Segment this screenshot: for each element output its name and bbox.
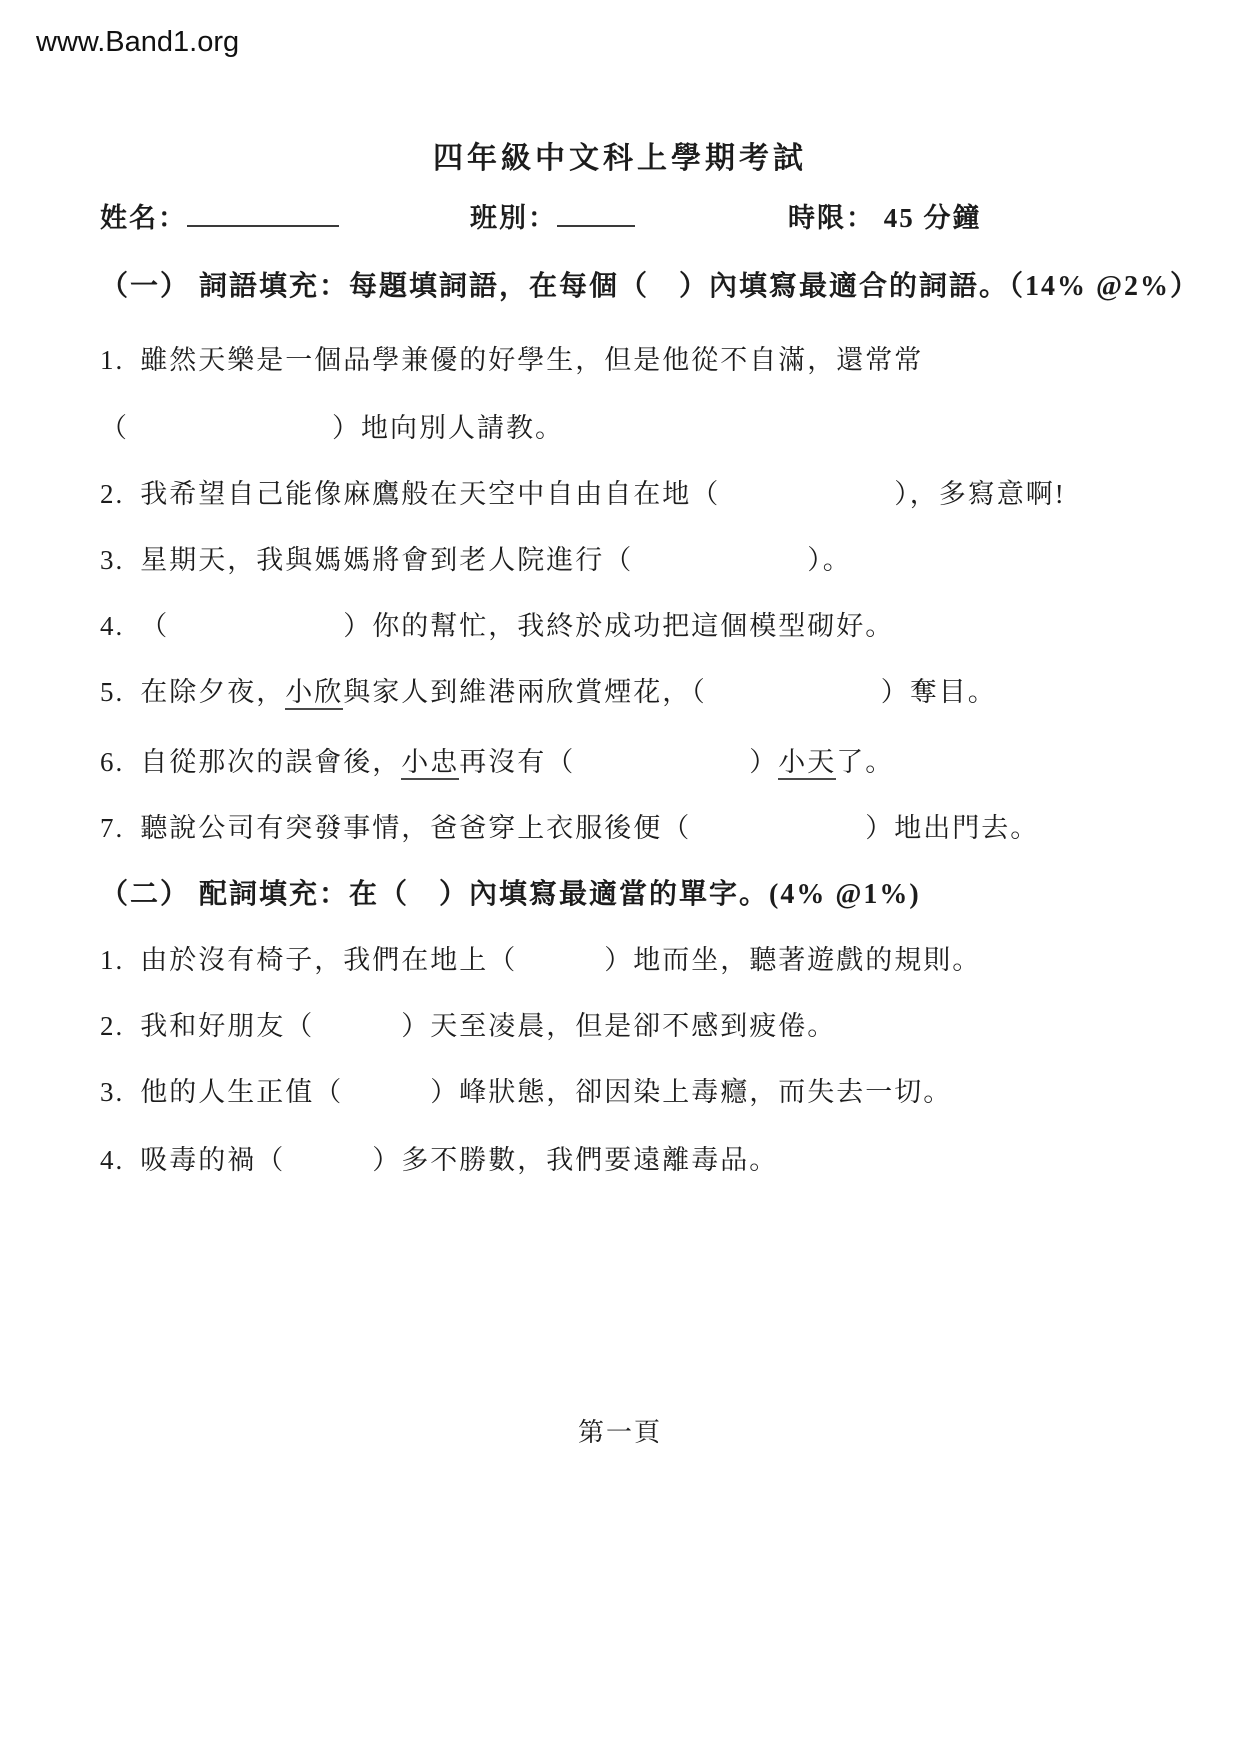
site-watermark: www.Band1.org — [36, 26, 239, 59]
s1-question-2: 2.我希望自己能像麻鷹般在天空中自由自在地（ ），多寫意啊! — [100, 472, 1066, 511]
s1-question-7: 7.聽說公司有突發事情，爸爸穿上衣服後便（ ）地出門去。 — [100, 806, 1039, 845]
student-info-row: 姓名： 班別： 時限： 45 分鐘 — [0, 196, 1240, 236]
s2-q3-text: 他的人生正值（ ）峰狀態，卻因染上毒癮，而失去一切。 — [140, 1077, 952, 1107]
section2-heading: （二） 配詞填充：在（ ）內填寫最適當的單字。(4% @1%) — [100, 872, 921, 912]
s2-question-3: 3.他的人生正值（ ）峰狀態，卻因染上毒癮，而失去一切。 — [100, 1070, 952, 1109]
s2-q2-text: 我和好朋友（ ）天至凌晨，但是卻不感到疲倦。 — [140, 1011, 836, 1041]
name-field: 姓名： — [100, 196, 339, 235]
time-limit-field: 時限： 45 分鐘 — [788, 196, 982, 235]
page-number-footer: 第一頁 — [0, 1412, 1240, 1449]
class-label: 班別： — [470, 203, 557, 233]
s1-q6-number: 6. — [100, 747, 124, 778]
s1-q1-text-line2: （ ）地向別人請教。 — [100, 413, 564, 443]
s1-q7-text: 聽說公司有突發事情，爸爸穿上衣服後便（ ）地出門去。 — [140, 813, 1039, 843]
s1-question-4: 4.（ ）你的幫忙，我終於成功把這個模型砌好。 — [100, 604, 894, 643]
section1-heading: （一） 詞語填充：每題填詞語，在每個（ ）內填寫最適合的詞語。（14% @2%） — [100, 264, 1200, 304]
s2-q1-number: 1. — [100, 945, 124, 976]
s1-question-1-line1: 1.雖然天樂是一個品學兼優的好學生，但是他從不自滿，還常常 — [100, 338, 923, 377]
s1-q3-text: 星期天，我與媽媽將會到老人院進行（ ）。 — [140, 545, 852, 575]
s1-q6-seg3: 再沒有（ ） — [459, 747, 778, 777]
s2-q4-text: 吸毒的禍（ ）多不勝數，我們要遠離毒品。 — [140, 1145, 778, 1175]
s1-question-6: 6.自從那次的誤會後，小忠再沒有（ ）小天了。 — [100, 740, 894, 779]
s2-question-4: 4.吸毒的禍（ ）多不勝數，我們要遠離毒品。 — [100, 1138, 778, 1177]
s1-q5-number: 5. — [100, 677, 124, 708]
s2-q3-number: 3. — [100, 1077, 124, 1108]
time-limit-value: 45 分鐘 — [884, 203, 982, 233]
s2-question-1: 1.由於沒有椅子，我們在地上（ ）地而坐，聽著遊戲的規則。 — [100, 938, 981, 977]
s1-q1-number: 1. — [100, 345, 124, 376]
class-blank-line — [557, 198, 635, 227]
s2-q2-number: 2. — [100, 1011, 124, 1042]
s1-q3-number: 3. — [100, 545, 124, 576]
s2-question-2: 2.我和好朋友（ ）天至凌晨，但是卻不感到疲倦。 — [100, 1004, 836, 1043]
s1-q4-text: （ ）你的幫忙，我終於成功把這個模型砌好。 — [140, 611, 894, 641]
s1-q4-number: 4. — [100, 611, 124, 642]
s2-q1-text: 由於沒有椅子，我們在地上（ ）地而坐，聽著遊戲的規則。 — [140, 945, 981, 975]
s1-q1-text-line1: 雖然天樂是一個品學兼優的好學生，但是他從不自滿，還常常 — [140, 345, 923, 375]
name-label: 姓名： — [100, 203, 187, 233]
s1-question-5: 5.在除夕夜，小欣與家人到維港兩欣賞煙花，（ ）奪目。 — [100, 670, 997, 709]
s1-q5-underlined-name: 小欣 — [285, 677, 343, 710]
s1-question-3: 3.星期天，我與媽媽將會到老人院進行（ ）。 — [100, 538, 852, 577]
class-field: 班別： — [470, 196, 635, 235]
exam-title: 四年級中文科上學期考試 — [0, 133, 1240, 177]
s1-q6-seg1: 自從那次的誤會後， — [140, 747, 401, 777]
name-blank-line — [187, 198, 339, 227]
s1-q6-underlined-name-2: 小天 — [778, 747, 836, 780]
s1-q2-number: 2. — [100, 479, 124, 510]
s1-q6-seg5: 了。 — [836, 747, 894, 777]
s1-q7-number: 7. — [100, 813, 124, 844]
exam-paper-page: www.Band1.org 四年級中文科上學期考試 姓名： 班別： 時限： 45… — [0, 0, 1240, 1754]
s1-q2-text: 我希望自己能像麻鷹般在天空中自由自在地（ ），多寫意啊! — [140, 479, 1066, 509]
time-limit-label: 時限： — [788, 203, 875, 233]
s1-q6-underlined-name-1: 小忠 — [401, 747, 459, 780]
s1-q5-seg3: 與家人到維港兩欣賞煙花，（ ）奪目。 — [343, 677, 997, 707]
s1-q5-seg1: 在除夕夜， — [140, 677, 285, 707]
s1-question-1-line2: （ ）地向別人請教。 — [100, 406, 564, 445]
s2-q4-number: 4. — [100, 1145, 124, 1176]
